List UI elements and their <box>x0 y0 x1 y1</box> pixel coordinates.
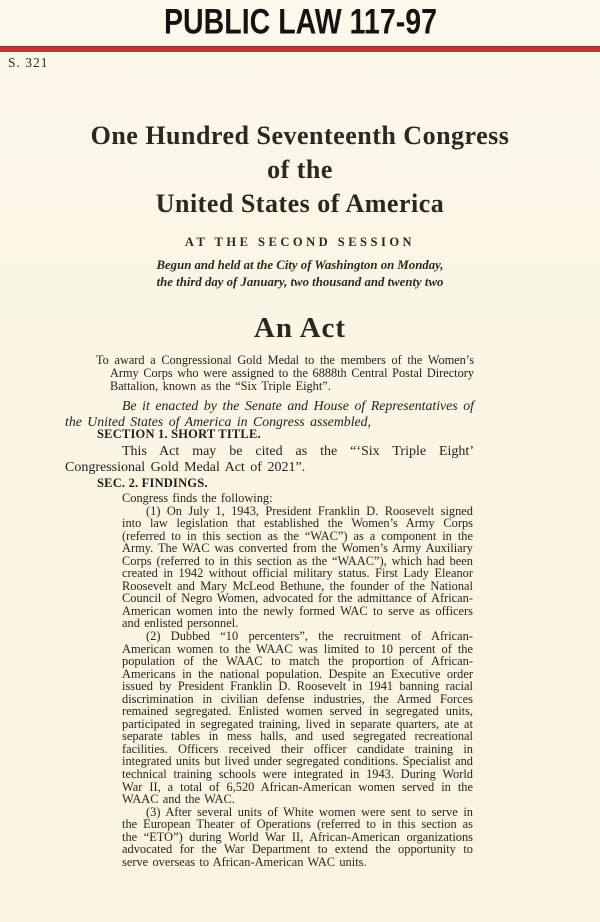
public-law-document-page: PUBLIC LAW 117-97 S. 321 One Hundred Sev… <box>0 0 600 922</box>
act-preamble: To award a Congressional Gold Medal to t… <box>96 354 474 393</box>
bill-number: S. 321 <box>8 55 49 71</box>
congress-heading-line3: United States of America <box>0 187 600 221</box>
section-2-findings: Congress finds the following: (1) On Jul… <box>122 492 473 868</box>
congress-heading: One Hundred Seventeenth Congress of the … <box>0 119 600 221</box>
section-2-heading: SEC. 2. FINDINGS. <box>97 476 208 491</box>
findings-intro: Congress finds the following: <box>122 492 473 505</box>
convening-statement-line2: the third day of January, two thousand a… <box>0 274 600 291</box>
section-1-body: This Act may be cited as the “‘Six Tripl… <box>65 444 474 475</box>
enacting-clause: Be it enacted by the Senate and House of… <box>65 398 474 429</box>
public-law-banner-text: PUBLIC LAW 117-97 <box>163 2 436 43</box>
red-divider-rule <box>0 46 600 52</box>
congress-heading-line2: of the <box>0 153 600 187</box>
section-1-heading: SECTION 1. SHORT TITLE. <box>97 427 261 442</box>
convening-statement-line1: Begun and held at the City of Washington… <box>0 257 600 274</box>
finding-paragraph-1: (1) On July 1, 1943, President Franklin … <box>122 505 473 630</box>
congress-heading-line1: One Hundred Seventeenth Congress <box>0 119 600 153</box>
finding-paragraph-2: (2) Dubbed “10 percenters”, the recruitm… <box>122 630 473 806</box>
act-title: An Act <box>0 312 600 345</box>
finding-paragraph-3: (3) After several units of White women w… <box>122 806 473 869</box>
public-law-banner-title: PUBLIC LAW 117-97 <box>0 3 600 42</box>
session-line: AT THE SECOND SESSION <box>0 235 600 250</box>
convening-statement: Begun and held at the City of Washington… <box>0 257 600 291</box>
